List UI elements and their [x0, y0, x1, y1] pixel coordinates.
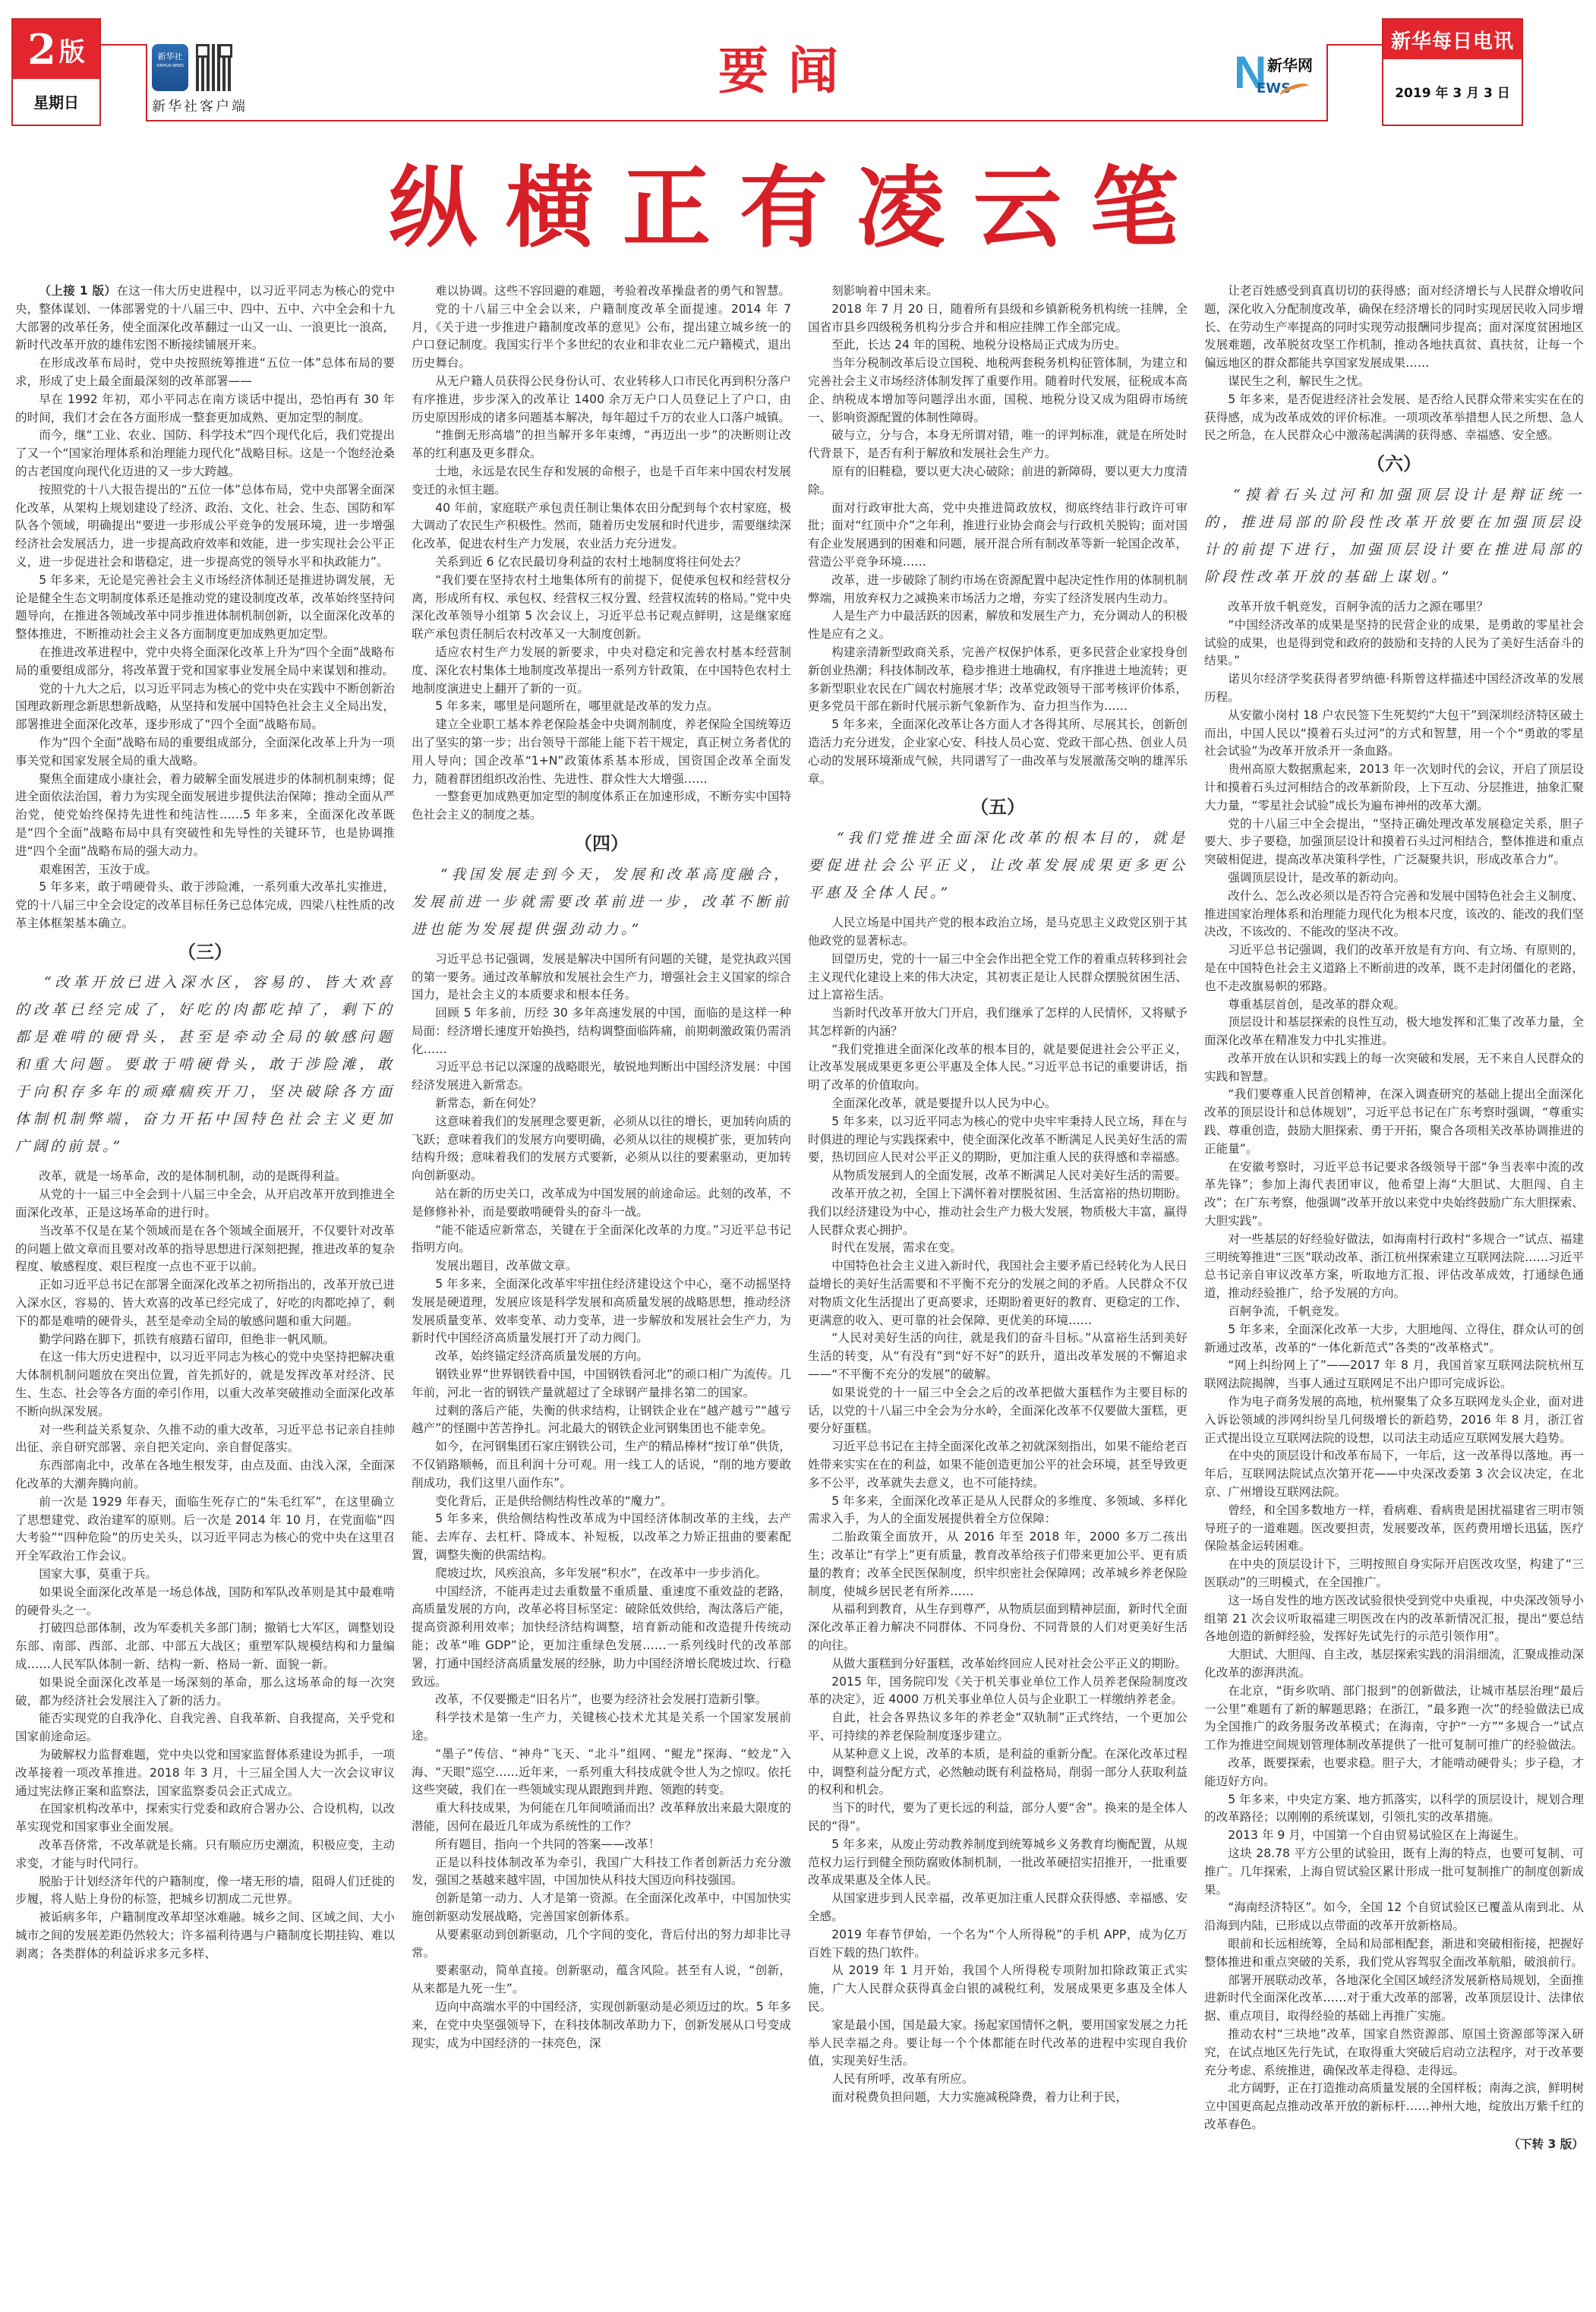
paragraph: 被诟病多年，户籍制度改革却坚冰难融。城乡之间、区域之间、大小城市之间的发展差距仍…: [15, 1909, 395, 1963]
edition-label: 版: [59, 31, 85, 68]
header-rule: [1326, 44, 1328, 121]
paragraph: 当改革不仅是在某个领域而是在各个领域全面展开，不仅要针对改革的问题上做文章而且要…: [15, 1222, 395, 1276]
paragraph: 科学技术是第一生产力，关键核心技术尤其是关系一个国家发展前途。: [412, 1709, 791, 1746]
paragraph: “我们要在坚持农村土地集体所有的前提下，促使承包权和经营权分离，形成所有权、承包…: [412, 572, 791, 644]
app-icon-subtext: XINHUA NEWS: [152, 64, 188, 68]
paragraph: 改革开放之初，全国上下满怀着对摆脱贫困、生活富裕的热切期盼。我们以经济建设为中心…: [808, 1185, 1188, 1239]
edition-number-block: 2 版: [13, 20, 99, 79]
paragraph-list: 习近平总书记强调，发展是解决中国所有问题的关键，是党执政兴国的第一要务。通过改革…: [412, 951, 791, 2053]
paragraph: 人是生产力中最活跃的因素，解放和发展生产力，充分调动人的积极性是应有之义。: [808, 607, 1188, 644]
paragraph: 大胆试、大胆闯、自主改，基层探索实践的涓涓细流，汇聚成推动深化改革的澎湃洪流。: [1204, 1646, 1584, 1683]
paragraph: 破与立，分与合，本身无所谓对错，唯一的评判标准，就是在所处时代背景下，是否有利于…: [808, 427, 1188, 463]
paragraph: 如果说党的十一届三中全会之后的改革把做大蛋糕作为主要目标的话，以党的十八届三中全…: [808, 1384, 1188, 1438]
paragraph: 当年分税制改革后设立国税、地税两套税务机构征管体制，为建立和完善社会主义市场经济…: [808, 355, 1188, 427]
paragraph: 在中央的顶层设计下，三明按照自身实际开启医改攻坚，构建了“三医联动”的三明模式，…: [1204, 1556, 1584, 1592]
paragraph: 前一次是 1929 年春天，面临生死存亡的“朱毛红军”，在这里确立了思想建党、政…: [15, 1493, 395, 1566]
paragraph: 时代在发展，需求在变。: [808, 1239, 1188, 1257]
paragraph: 面对行政审批大高，党中央推进简政放权，彻底终结非行政许可审批；面对“红顶中介”之…: [808, 500, 1188, 572]
paragraph: “人民对美好生活的向往，就是我们的奋斗目标。”从富裕生活到美好生活的转变，从“有…: [808, 1329, 1188, 1383]
paragraph: 家是最小国，国是最大家。扬起家国情怀之帆，要用国家发展之力托举人民幸福之舟。要让…: [808, 2017, 1188, 2071]
paragraph: 尊重基层首创，是改革的群众观。: [1204, 996, 1584, 1014]
paragraph: 东西部南北中，改革在各地生根发芽，由点及面、由浅入深，全面深化改革的大潮奔腾向前…: [15, 1457, 395, 1493]
paragraph: “能不能适应新常态，关键在于全面深化改革的力度。”习近平总书记指明方向。: [412, 1222, 791, 1258]
paragraph: 作为电子商务发展的高地，杭州聚集了众多互联网龙头企业，面对进入诉讼领域的涉网纠纷…: [1204, 1393, 1584, 1447]
qr-code-icon[interactable]: [196, 44, 232, 91]
paragraph-list: 让老百姓感受到真真切切的获得感；面对经济增长与人民群众增收问题，深化收入分配制度…: [1204, 282, 1584, 445]
paragraph-list: 改革，就是一场革命，改的是体制机制，动的是既得利益。从党的十一届三中全会到十八届…: [15, 1168, 395, 1963]
paragraph: 5 年多来，全面深化改革正是从人民群众的多维度、多领域、多样化需求入手，为人的全…: [808, 1493, 1188, 1529]
header-rule: [1326, 44, 1383, 46]
paragraph: 2013 年 9 月，中国第一个自由贸易试验区在上海诞生。: [1204, 1827, 1584, 1845]
paragraph: 自此，社会各界热议多年的养老金“双轨制”正式终结，一个更加公平、可持续的养老保险…: [808, 1709, 1188, 1746]
paragraph: 正是以科技体制改革为牵引，我国广大科技工作者创新活力充分激发，强国之基越来越牢固…: [412, 1854, 791, 1891]
paragraph: 党的十八届三中全会以来，户籍制度改革全面提速。2014 年 7 月，《关于进一步…: [412, 301, 791, 373]
paragraph: 从无户籍人员获得公民身份认可、农业转移人口市民化再到积分落户有序推进，步步深入的…: [412, 373, 791, 427]
paragraph: 从物质发展到人的全面发展，改革不断满足人民对美好生活的需要。: [808, 1167, 1188, 1185]
section-quote-3: “改革开放已进入深水区，容易的、皆大欢喜的改革已经完成了，好吃的肉都吃掉了，剩下…: [15, 969, 395, 1160]
paragraph: 5 年多来，从废止劳动教养制度到统筹城乡义务教育均衡配置，从规范权力运行到健全预…: [808, 1836, 1188, 1890]
paragraph: 在安徽考察时，习近平总书记要求各级领导干部“争当表率中流的改革先锋”；参加上海代…: [1204, 1159, 1584, 1231]
lead-paragraph: （上接 1 版）在这一伟大历史进程中，以习近平同志为核心的党中央，整体谋划、一体…: [15, 282, 395, 355]
paragraph-list: 刻影响着中国未来。2018 年 7 月 20 日，随着所有县级和乡镇新税务机构统…: [808, 282, 1188, 788]
paragraph: 而今，继“工业、农业、国防、科学技术”四个现代化后，我们党提出了又一个“国家治理…: [15, 427, 395, 481]
paragraph: 5 年多来，中央定方案、地方抓落实，以科学的顶层设计，规划合理的改革路径；以刚刚…: [1204, 1791, 1584, 1828]
paragraph: 5 年多来，无论是完善社会主义市场经济体制还是推进协调发展，无论是健全生态文明制…: [15, 572, 395, 644]
paragraph: 土地，永远是农民生存和发展的命根子，也是千百年来中国农村发展变迁的永恒主题。: [412, 463, 791, 500]
paragraph: 钢铁业界“世界钢铁看中国，中国钢铁看河北”的顽口相广为流传。几年前，河北一省的钢…: [412, 1366, 791, 1402]
section-heading-5: （五）: [808, 799, 1188, 817]
paragraph: 刻影响着中国未来。: [808, 282, 1188, 301]
paragraph: “我们党推进全面深化改革的根本目的，就是要促进社会公平正义，让改革发展成果更多更…: [808, 1041, 1188, 1095]
paragraph: 这块 28.78 平方公里的试验田，既有上海的特点，也要可复制、可推广。几年探索…: [1204, 1845, 1584, 1899]
section-quote-4: “我国发展走到今天，发展和改革高度融合，发展前进一步就需要改革前进一步，改革不断…: [412, 861, 791, 943]
paragraph: 一整套更加成熟更加定型的制度体系正在加速形成，不断夯实中国特色社会主义的制度之基…: [412, 788, 791, 825]
paragraph: 勤学问路在脚下，抓铁有痕踏石留印，但绝非一帆风顺。: [15, 1331, 395, 1349]
paragraph: 5 年多来，是否促进经济社会发展、是否给人民群众带来实实在在的获得感，成为改革成…: [1204, 391, 1584, 445]
paragraph: 聚焦全面建成小康社会，着力破解全面发展进步的体制机制束缚；促进全面依法治国，着力…: [15, 771, 395, 861]
paragraph: 习近平总书记强调，我们的改革开放是有方向、有立场、有原则的，是在中国特色社会主义…: [1204, 942, 1584, 995]
paragraph: 顶层设计和基层探索的良性互动，极大地发挥和汇集了改革力量，全面深化改革在精准发力…: [1204, 1014, 1584, 1050]
paragraph: 在中央的顶层设计和改革布局下，一年后，这一改革得以落地。再一年后，互联网法院试点…: [1204, 1447, 1584, 1501]
paragraph: 中国经济，不能再走过去重数量不重质量、重速度不重效益的老路，高质量发展的方向，改…: [412, 1583, 791, 1692]
paragraph: 这一场自发性的地方医改试验很快受到党中央重视，中央深改领导小组第 21 次会议听…: [1204, 1592, 1584, 1646]
issue-date: 2019 年 3 月 3 日: [1383, 59, 1522, 123]
paragraph: 从福利到教育，从生存到尊严，从物质层面到精神层面，新时代全面深化改革正着力解决不…: [808, 1601, 1188, 1654]
paragraph: “墨子”传信、“神舟”飞天、“北斗”组网、“鲲龙”探海、“蛟龙”入海、“天眼”巡…: [412, 1746, 791, 1799]
paragraph: 5 年多来，全面深化改革牢牢扭住经济建设这个中心，毫不动摇坚持发展是硬道理，发展…: [412, 1276, 791, 1348]
paragraph: 党的十九大之后，以习近平同志为核心的党中央在实践中不断创新治国理政新理念新思想新…: [15, 680, 395, 734]
paragraph-list: 难以协调。这些不容回避的难题，考验着改革操盘者的勇气和智慧。党的十八届三中全会以…: [412, 282, 791, 825]
paragraph: 习近平总书记强调，发展是解决中国所有问题的关键，是党执政兴国的第一要务。通过改革…: [412, 951, 791, 1005]
paragraph-list: 改革开放千帆竞发，百舸争流的活力之源在哪里？“中国经济改革的成果是坚持的民营企业…: [1204, 598, 1584, 2134]
paragraph: 面对税费负担问题，大力实施减税降费，着力让利于民，: [808, 2089, 1188, 2107]
paragraph-list: 人民立场是中国共产党的根本政治立场，是马克思主义政党区别于其他政党的显著标志。回…: [808, 914, 1188, 2107]
paragraph: 曾经，和全国多数地方一样，看病难、看病贵是困扰福建省三明市领导班子的一道难题。医…: [1204, 1502, 1584, 1556]
column-2: 难以协调。这些不容回避的难题，考验着改革操盘者的勇气和智慧。党的十八届三中全会以…: [412, 282, 791, 2310]
paragraph: 在这一伟大历史进程中，以习近平同志为核心的党中央坚持把解决重大体制机制问题放在突…: [15, 1348, 395, 1421]
paragraph: 对一些基层的好经验好做法，如海南村行政村“多规合一”试点、福建三明统筹推进“三医…: [1204, 1231, 1584, 1303]
paragraph: 如果说全面深化改革是一场深刻的革命，那么这场革命的每一次突破，都为经济社会发展注…: [15, 1674, 395, 1711]
paragraph: 打破四总部体制，改为军委机关多部门制；撤销七大军区，调整划设东部、南部、西部、北…: [15, 1620, 395, 1673]
continued-on-link[interactable]: （下转 3 版）: [1204, 2136, 1584, 2154]
header-rule: [146, 44, 147, 121]
section-heading-6: （六）: [1204, 456, 1584, 474]
paragraph: 按照党的十八大报告提出的“五位一体”总体布局，党中央部署全面深化改革，从架构上规…: [15, 481, 395, 572]
paragraph: “中国经济改革的成果是坚持的民营企业的成果，是勇敢的零星社会试验的成果，也是得到…: [1204, 617, 1584, 670]
header-rule: [99, 44, 147, 46]
paragraph: 人民有所呼，改革有所应。: [808, 2071, 1188, 2089]
section-heading-4: （四）: [412, 835, 791, 853]
paragraph: 2015 年，国务院印发《关于机关事业单位工作人员养老保险制度改革的决定》，近 …: [808, 1673, 1188, 1710]
app-icon-text: 新华社: [158, 52, 183, 62]
paragraph: 改什么、怎么改必须以是否符合完善和发展中国特色社会主义制度、推进国家治理体系和治…: [1204, 888, 1584, 942]
column-3: 刻影响着中国未来。2018 年 7 月 20 日，随着所有县级和乡镇新税务机构统…: [808, 282, 1188, 2310]
app-caption: 新华社客户端: [152, 96, 248, 115]
paragraph: 发展出题目，改革做文章。: [412, 1257, 791, 1276]
paragraph: 改革，就是一场革命，改的是体制机制，动的是既得利益。: [15, 1168, 395, 1186]
paragraph: 要素驱动，简单直接。创新驱动，蕴含风险。甚至有人说，“创新，从来都是九死一生”。: [412, 1962, 791, 1998]
paragraph: “海南经济特区”。如今，全国 12 个自贸试验区已覆盖从南到北、从沿海到内陆，已…: [1204, 1899, 1584, 1935]
paragraph: 改革开放千帆竞发，百舸争流的活力之源在哪里？: [1204, 598, 1584, 617]
paragraph: 改革，既要探索，也要求稳。胆子大，才能啃动硬骨头；步子稳，才能迈好方向。: [1204, 1755, 1584, 1791]
paragraph: 诺贝尔经济学奖获得者罗纳德·科斯曾这样描述中国经济改革的发展历程。: [1204, 670, 1584, 707]
paragraph: 如今，在河钢集团石家庄钢铁公司，生产的精品棒材“按订单”供货，不仅销路顺畅，而且…: [412, 1438, 791, 1492]
paragraph: 在推进改革进程中，党中央将全面深化改革上升为“四个全面”战略布局的重要组成部分，…: [15, 644, 395, 680]
paragraph: 国家大事，莫重于兵。: [15, 1566, 395, 1584]
paragraph: 习近平总书记在主持全面深化改革之初就深刻指出，如果不能给老百姓带来实实在在的利益…: [808, 1438, 1188, 1492]
paragraph: 部署开展联动改革，各地深化全国区域经济发展新格局规划，全面推进新时代全面深化改革…: [1204, 1972, 1584, 2026]
paragraph: 脱胎于计划经济年代的户籍制度，像一堵无形的墙，阻碍人们迁徙的步履，将人贴上身份的…: [15, 1873, 395, 1910]
section-quote-6: “摸着石头过河和加强顶层设计是辩证统一的，推进局部的阶段性改革开放要在加强顶层设…: [1204, 481, 1584, 591]
paper-name: 新华每日电讯: [1383, 20, 1522, 59]
paragraph: 眼前和长远相统筹，全局和局部相配套，渐进和突破相衔接，把握好整体推进和重点突破的…: [1204, 1935, 1584, 1972]
paragraph: 百舸争流，千帆竞发。: [1204, 1303, 1584, 1321]
paragraph: 原有的旧鞋稳，要以更大决心破除；前进的新障碍，要以更大力度清除。: [808, 463, 1188, 500]
paragraph: 建立全业职工基本养老保险基金中央调剂制度，养老保险全国统筹迈出了坚实的第一步；出…: [412, 716, 791, 788]
paragraph: 从党的十一届三中全会到十八届三中全会，从开启改革开放到推进全面深化改革，正是这场…: [15, 1186, 395, 1222]
weekday: 星期日: [13, 79, 99, 123]
article-headline: 纵横正有凌云笔: [0, 152, 1596, 266]
paragraph: 推动农村“三块地”改革，国家自然资源部、原国土资源部等深入研究，在试点地区先行先…: [1204, 2026, 1584, 2080]
column-4: 让老百姓感受到真真切切的获得感；面对经济增长与人民群众增收问题，深化收入分配制度…: [1204, 282, 1584, 2310]
page-header: 2 版 星期日 新华社 XINHUA NEWS 新华社客户端 要闻 N 新华网 …: [0, 0, 1596, 144]
paragraph: 创新是第一动力、人才是第一资源。在全面深化改革中，中国加快实施创新驱动发展战略，…: [412, 1890, 791, 1926]
paragraph: 党的十八届三中全会提出，“坚持正确处理改革发展稳定关系，胆子要大、步子要稳，加强…: [1204, 815, 1584, 869]
paragraph: 爬坡过坎，风疾浪高，多年发展“积水”，在改革中一步步消化。: [412, 1565, 791, 1583]
paragraph: 回顾 5 年多前，历经 30 多年高速发展的中国，面临的是这样一种局面：经济增长…: [412, 1005, 791, 1058]
header-rule: [146, 120, 1328, 121]
paragraph: 构建亲清新型政商关系，完善产权保护体系，更多民营企业家投身创新创业热潮；科技体制…: [808, 644, 1188, 716]
paragraph: 所有题目，指向一个共同的答案——改革！: [412, 1836, 791, 1854]
continued-from-tag: （上接 1 版）: [39, 284, 116, 298]
article-body: （上接 1 版）在这一伟大历史进程中，以习近平同志为核心的党中央，整体谋划、一体…: [15, 282, 1585, 2310]
paragraph: 5 年多来，全面深化改革一大步，大胆地闯、立得住，群众认可的创新通过改革，改革的…: [1204, 1321, 1584, 1358]
paragraph: 中国特色社会主义进入新时代，我国社会主要矛盾已经转化为人民日益增长的美好生活需要…: [808, 1257, 1188, 1329]
paragraph: 能否实现党的自我净化、自我完善、自我革新、自我提高，关乎党和国家前途命运。: [15, 1710, 395, 1746]
paragraph: 变化背后，正是供给侧结构性改革的“魔力”。: [412, 1493, 791, 1511]
paragraph: 人民立场是中国共产党的根本政治立场，是马克思主义政党区别于其他政党的显著标志。: [808, 914, 1188, 951]
xinhuanet-logo: N 新华网 EWS: [1234, 46, 1317, 103]
paragraph: 贵州高原大数据熏起来，2013 年一次划时代的会议，开启了顶层设计和摸着石头过河…: [1204, 761, 1584, 815]
paragraph: 当新时代改革开放大门开启，我们继承了怎样的人民情怀，又将赋予其怎样新的内涵？: [808, 1005, 1188, 1041]
masthead-box: 新华每日电讯 2019 年 3 月 3 日: [1382, 18, 1523, 126]
paragraph: 过剩的落后产能，失衡的供求结构，让钢铁企业在“越产越亏”“越亏越产”的怪圈中苦苦…: [412, 1402, 791, 1439]
paragraph: 正如习近平总书记在部署全面深化改革之初所指出的，改革开放已进入深水区，容易的、皆…: [15, 1276, 395, 1330]
paragraph: 新常态，新在何处？: [412, 1095, 791, 1113]
paragraph: 为破解权力监督难题，党中央以党和国家监督体系建设为抓手，一项改革接着一项改革推进…: [15, 1746, 395, 1800]
section-quote-5: “我们党推进全面深化改革的根本目的，就是要促进社会公平正义，让改革发展成果更多更…: [808, 825, 1188, 907]
paragraph: 强调顶层设计，是改革的新动向。: [1204, 869, 1584, 888]
paragraph: 北方阔野，正在打造推动高质量发展的全国样板；南海之滨，鲜明树立中国更高起点推动改…: [1204, 2080, 1584, 2134]
paragraph: 在国家机构改革中，探索实行党委和政府合署办公、合设机构，以改革实现党和国家事业全…: [15, 1800, 395, 1837]
paragraph: 当下的时代，要为了更长远的利益，部分人要“舍”。换来的是全体人民的“得”。: [808, 1799, 1188, 1836]
paragraph: 改革，不仅要搬走“旧名片”，也要为经济社会发展打造新引擎。: [412, 1691, 791, 1709]
paragraph: 5 年多来，哪里是问题所在，哪里就是改革的发力点。: [412, 698, 791, 716]
paragraph: 对一些利益关系复杂、久推不动的重大改革，习近平总书记亲自挂帅出征、亲自研究部署、…: [15, 1421, 395, 1458]
paragraph: 迈向中高端水平的中国经济，实现创新驱动是必须迈过的坎。5 年多来，在党中央坚强领…: [412, 1998, 791, 2052]
paragraph: “推倒无形高墙”的担当解开多年束缚，“再迈出一步”的决断则让改革的红利惠及更多群…: [412, 427, 791, 463]
paragraph: 作为“四个全面”战略布局的重要组成部分，全面深化改革上升为一项事关党和国家发展全…: [15, 734, 395, 771]
paragraph: 改革开放在认识和实践上的每一次突破和发展，无不来自人民群众的实践和智慧。: [1204, 1050, 1584, 1087]
section-title: 要闻: [718, 30, 858, 103]
paragraph: 改革，始终锚定经济高质量发展的方向。: [412, 1348, 791, 1366]
paragraph: 在形成改革布局时，党中央按照统筹推进“五位一体”总体布局的要求，形成了史上最全面…: [15, 355, 395, 391]
paragraph: 早在 1992 年初，邓小平同志在南方谈话中提出，恐怕再有 30 年的时间，我们…: [15, 391, 395, 427]
paragraph: 这意味着我们的发展理念要更新，必须从以往的增长，更加转向质的飞跃；意味着我们的发…: [412, 1113, 791, 1185]
column-1: （上接 1 版）在这一伟大历史进程中，以习近平同志为核心的党中央，整体谋划、一体…: [15, 282, 395, 2310]
paragraph: 从 2019 年 1 月开始，我国个人所得税专项附加扣除政策正式实施，广大人民群…: [808, 1962, 1188, 2016]
paragraph: 至此，长达 24 年的国税、地税分设格局正式成为历史。: [808, 336, 1188, 355]
paragraph: 5 年多来，以习近平同志为核心的党中央牢牢秉持人民立场，拜在与时俱进的理论与实践…: [808, 1113, 1188, 1167]
paragraph-list: 在形成改革布局时，党中央按照统筹推进“五位一体”总体布局的要求，形成了史上最全面…: [15, 355, 395, 933]
paragraph: 在北京，“街乡吹哨、部门报到”的创新做法，让城市基层治理“最后一公里”难题有了新…: [1204, 1683, 1584, 1755]
paragraph: 关系到近 6 亿农民最切身利益的农村土地制度将往何处去？: [412, 554, 791, 572]
paragraph: 适应农村生产力发展的新要求，中央对稳定和完善农村基本经营制度、深化农村集体土地制…: [412, 644, 791, 698]
paragraph: 重大科技成果，为何能在几年间喷涌而出？改革释放出来最大限度的潜能，因何在最近几年…: [412, 1799, 791, 1836]
paragraph: 习近平总书记以深邃的战略眼光，敏锐地判断出中国经济发展：中国经济发展进入新常态。: [412, 1058, 791, 1095]
paragraph: 让老百姓感受到真真切切的获得感；面对经济增长与人民群众增收问题，深化收入分配制度…: [1204, 282, 1584, 373]
paragraph: 40 年前，家庭联产承包责任制让集体农田分配到每个农村家庭，极大调动了农民生产积…: [412, 500, 791, 554]
paragraph: 站在新的历史关口，改革成为中国发展的前途命运。此刻的改革，不是修修补补，而是要敢…: [412, 1185, 791, 1222]
paragraph: 5 年多来，全面深化改革让各方面人才各得其所、尽展其长，创新创造活力充分迸发，企…: [808, 716, 1188, 788]
paragraph: 如果说全面深化改革是一场总体战，国防和军队改革则是其中最难啃的硬骨头之一。: [15, 1584, 395, 1620]
edition-number: 2: [27, 29, 56, 70]
paragraph: 5 年多来，敢于啃硬骨头、敢于涉险滩，一系列重大改革扎实推进，党的十八届三中全会…: [15, 878, 395, 932]
paragraph: 从国家进步到人民幸福，改革更加注重人民群众获得感、幸福感、安全感。: [808, 1890, 1188, 1926]
paragraph: 二胎政策全面放开，从 2016 年至 2018 年，2000 多万二孩出生；改革…: [808, 1528, 1188, 1601]
paragraph: 艰难困苦，玉汝于成。: [15, 861, 395, 879]
paragraph: 改革，进一步破除了制约市场在资源配置中起决定性作用的体制机制弊端，用放弃权力之减…: [808, 572, 1188, 608]
paragraph: 从做大蛋糕到分好蛋糕，改革始终回应人民对社会公平正义的期盼。: [808, 1655, 1188, 1673]
section-heading-3: （三）: [15, 944, 395, 962]
paragraph: 改革吾侪常，不改革就是长痛。只有顺应历史潮流，积极应变，主动求变，才能与时代同行…: [15, 1837, 395, 1873]
edition-badge: 2 版 星期日: [11, 18, 101, 126]
paragraph: 全面深化改革，就是要提升以人民为中心。: [808, 1095, 1188, 1113]
paragraph: 回望历史，党的十一届三中全会作出把全党工作的着重点转移到社会主义现代化建设上来的…: [808, 951, 1188, 1005]
paragraph: “我们要尊重人民首创精神，在深入调查研究的基础上提出全面深化改革的顶层设计和总体…: [1204, 1086, 1584, 1158]
paragraph: 谋民生之利，解民生之忧。: [1204, 373, 1584, 391]
paragraph: “网上纠纷网上了”——2017 年 8 月，我国首家互联网法院杭州互联网法院揭牌…: [1204, 1357, 1584, 1393]
paragraph: 难以协调。这些不容回避的难题，考验着改革操盘者的勇气和智慧。: [412, 282, 791, 301]
paragraph: 从某种意义上说，改革的本质，是利益的重新分配。在深化改革过程中，调整利益分配方式…: [808, 1746, 1188, 1799]
paragraph: 2018 年 7 月 20 日，随着所有县级和乡镇新税务机构统一挂牌，全国省市县…: [808, 301, 1188, 337]
logo-cn-text: 新华网: [1267, 53, 1313, 75]
paragraph: 从安徽小岗村 18 户农民签下生死契约“大包干”到深圳经济特区破土而出，中国人民…: [1204, 707, 1584, 761]
paragraph: 5 年多来，供给侧结构性改革成为中国经济体制改革的主线，去产能、去库存、去杠杆、…: [412, 1510, 791, 1564]
paragraph: 2019 年春节伊始，一个名为“个人所得税”的手机 APP，成为亿万百姓下载的热…: [808, 1926, 1188, 1963]
xinhua-app-icon[interactable]: 新华社 XINHUA NEWS: [152, 44, 188, 91]
paragraph: 从要素驱动到创新驱动，几个字间的变化，背后付出的努力却非比寻常。: [412, 1926, 791, 1963]
